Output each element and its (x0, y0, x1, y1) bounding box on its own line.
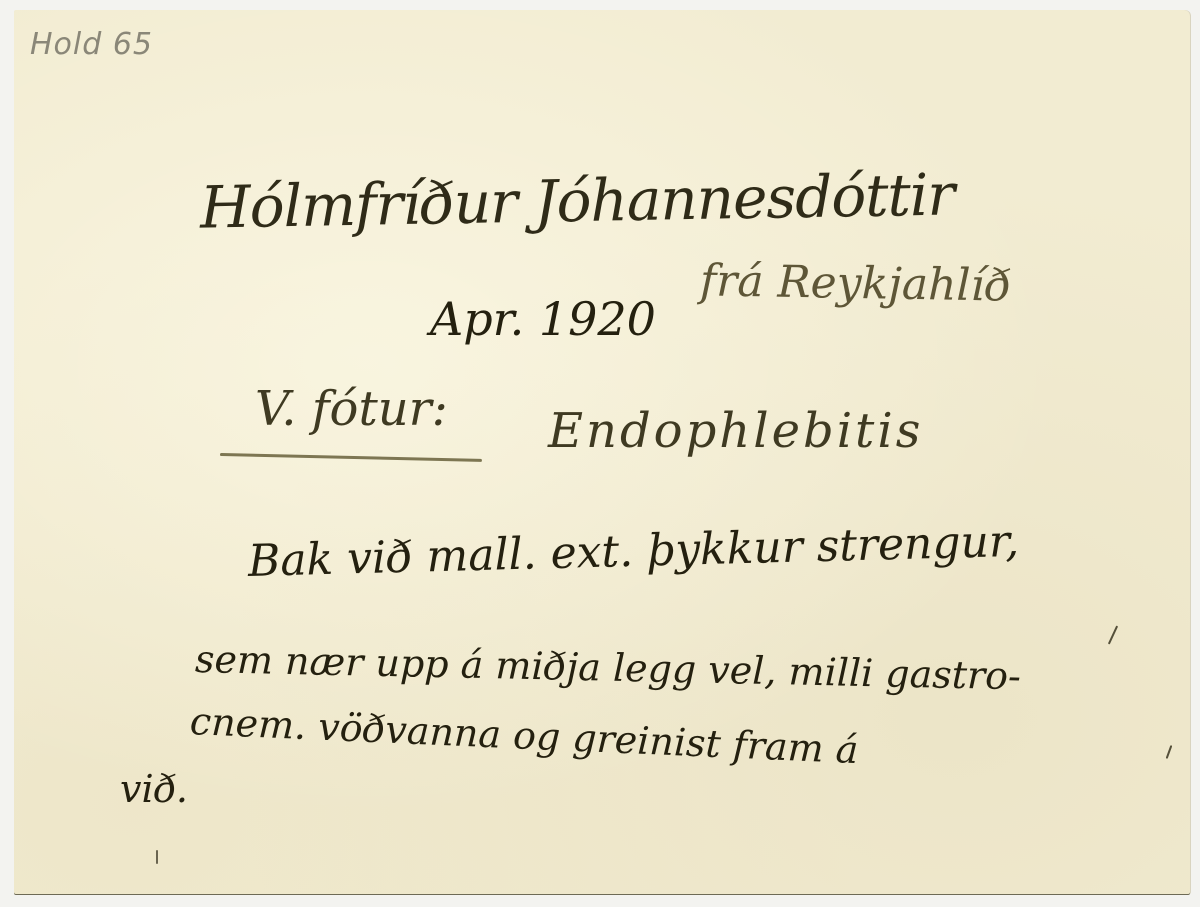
stray-mark (156, 850, 158, 864)
location-label: V. fótur: (255, 385, 448, 433)
diagnosis: Endophlebitis (548, 407, 923, 455)
record-date: Apr. 1920 (430, 296, 656, 342)
scanned-document: Hold 65 Hólmfríður Jóhannesdóttir frá Re… (0, 0, 1200, 907)
patient-origin: frá Reykjahlíð (700, 259, 1012, 308)
note-line-4: við. (120, 770, 188, 808)
patient-name: Hólmfríður Jóhannesdóttir (200, 165, 955, 236)
pencil-annotation: Hold 65 (30, 30, 153, 60)
